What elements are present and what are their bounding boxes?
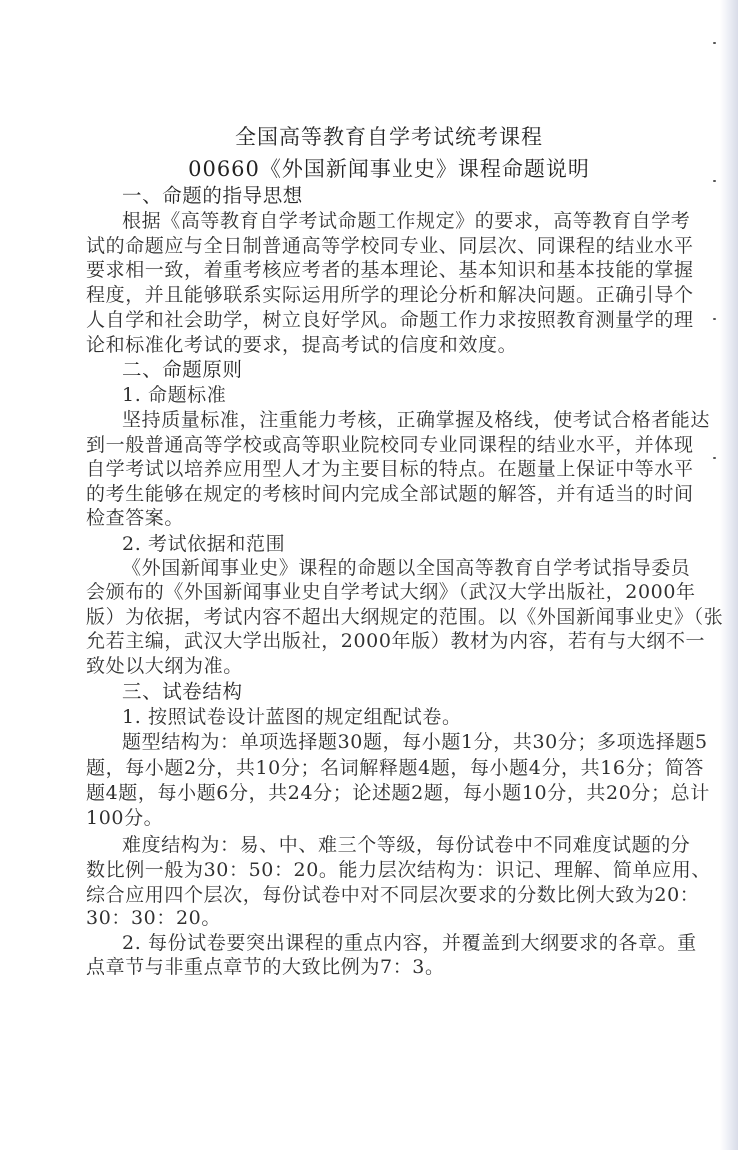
document-title-line2: 00660《外国新闻事业史》课程命题说明 [20, 156, 738, 182]
scan-speck [713, 457, 716, 459]
paragraph-line: 100分。 [86, 806, 684, 830]
subsection-heading-scope: 2. 考试依据和范围 [122, 532, 684, 556]
scan-speck [713, 42, 716, 44]
paragraph-line: 允若主编，武汉大学出版社，2000年版）教材为内容，若有与大纲不一 [86, 629, 684, 653]
paragraph-line: 自学考试以培养应用型人才为主要目标的特点。在题量上保证中等水平 [86, 457, 684, 481]
paragraph-line: 点章节与非重点章节的大致比例为7：3。 [86, 955, 684, 979]
paragraph-line: 坚持质量标准，注重能力考核，正确掌握及格线，使考试合格者能达 [122, 408, 684, 432]
paragraph-line: 题型结构为：单项选择题30题，每小题1分，共30分；多项选择题5 [122, 730, 684, 754]
paragraph-line: 难度结构为：易、中、难三个等级，每份试卷中不同难度试题的分 [122, 833, 684, 857]
paragraph-line: 检查答案。 [86, 506, 684, 530]
section-heading-guiding-idea: 一、命题的指导思想 [122, 184, 684, 208]
paragraph-line: 程度，并且能够联系实际运用所学的理论分析和解决问题。正确引导个 [86, 283, 684, 307]
paragraph-line: 1. 按照试卷设计蓝图的规定组配试卷。 [122, 705, 684, 729]
paragraph-line: 会颁布的《外国新闻事业史自学考试大纲》（武汉大学出版社，2000年 [86, 580, 684, 604]
paragraph-line: 的考生能够在规定的考核时间内完成全部试题的解答，并有适当的时间 [86, 482, 684, 506]
document-title-line1: 全国高等教育自学考试统考课程 [20, 124, 738, 150]
paragraph-line: 数比例一般为30：50：20。能力层次结构为：识记、理解、简单应用、 [86, 858, 684, 882]
paragraph-line: 题4题，每小题6分，共24分；论述题2题，每小题10分，共20分；总计 [86, 781, 684, 805]
paragraph-line: 人自学和社会助学，树立良好学风。命题工作力求按照教育测量学的理 [86, 308, 684, 332]
paragraph-line: 要求相一致，着重考核应考者的基本理论、基本知识和基本技能的掌握 [86, 258, 684, 282]
paragraph-line: 致处以大纲为准。 [86, 654, 684, 678]
paragraph-line: 2. 每份试卷要突出课程的重点内容，并覆盖到大纲要求的各章。重 [122, 931, 684, 955]
paragraph-line: 综合应用四个层次，每份试卷中对不同层次要求的分数比例大致为20： [86, 883, 684, 907]
paragraph-line: 30：30：20。 [86, 906, 684, 930]
section-heading-principles: 二、命题原则 [122, 358, 684, 382]
section-heading-paper-structure: 三、试卷结构 [122, 680, 684, 704]
paragraph-line: 试的命题应与全日制普通高等学校同专业、同层次、同课程的结业水平 [86, 234, 684, 258]
paragraph-line: 论和标准化考试的要求，提高考试的信度和效度。 [86, 333, 684, 357]
paragraph-line: 《外国新闻事业史》课程的命题以全国高等教育自学考试指导委员 [122, 556, 684, 580]
paragraph-line: 根据《高等教育自学考试命题工作规定》的要求，高等教育自学考 [122, 209, 684, 233]
scan-speck [713, 318, 716, 320]
paragraph-line: 版）为依据，考试内容不超出大纲规定的范围。以《外国新闻事业史》（张 [86, 605, 684, 629]
subsection-heading-standard: 1. 命题标准 [122, 383, 684, 407]
paragraph-line: 题，每小题2分，共10分；名词解释题4题，每小题4分，共16分；简答 [86, 756, 684, 780]
paragraph-line: 到一般普通高等学校或高等职业院校同专业同课程的结业水平，并体现 [86, 433, 684, 457]
